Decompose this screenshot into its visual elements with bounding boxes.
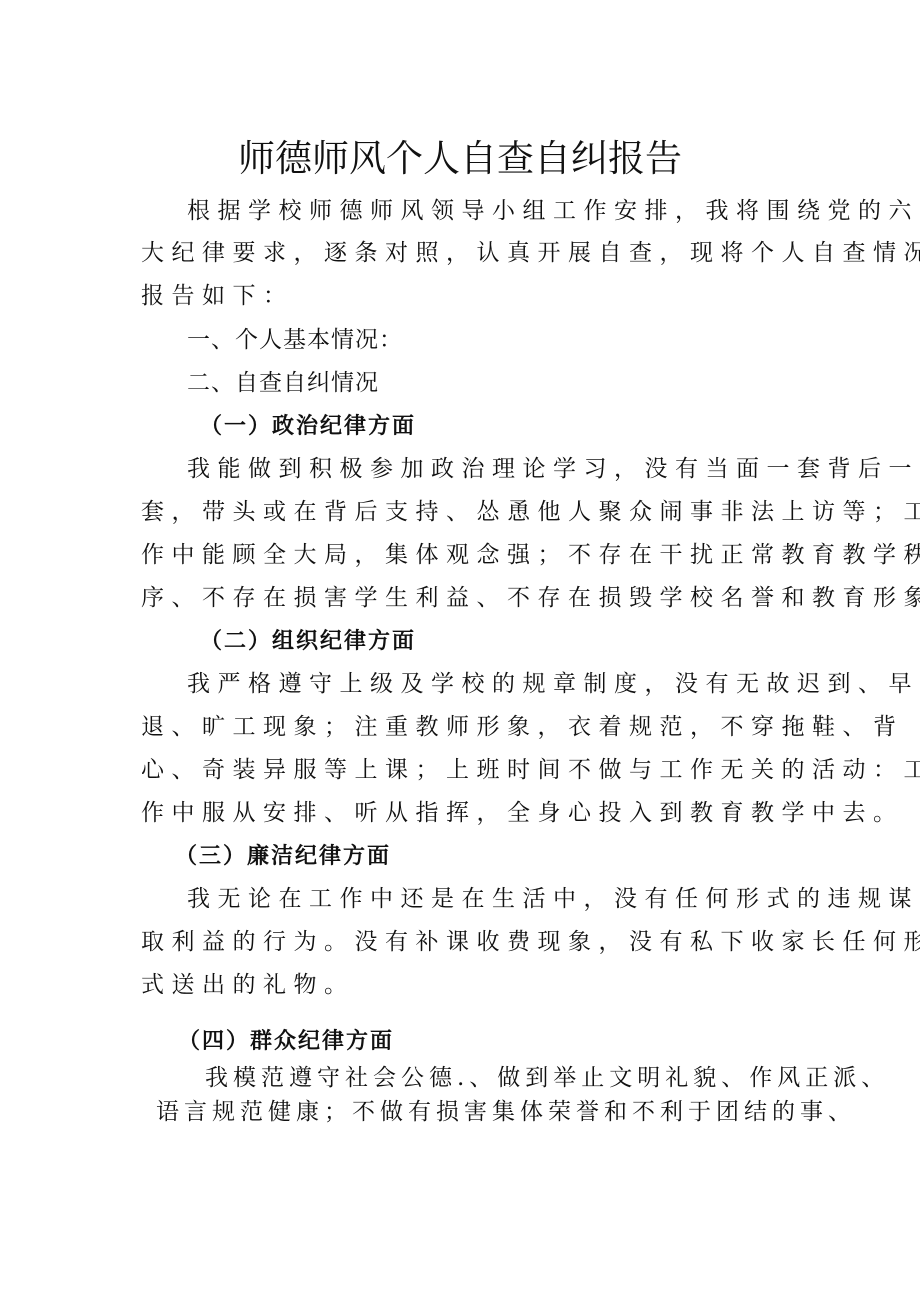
paragraph-line: 退、旷工现象；注重教师形象，衣着规范，不穿拖鞋、背: [141, 712, 904, 742]
intro-line-2: 大纪律要求，逐条对照，认真开展自查，现将个人自查情况: [141, 238, 920, 268]
paragraph-line: 作中服从安排、听从指挥，全身心投入到教育教学中去。: [141, 798, 904, 828]
section-heading-basic-info: 一、个人基本情况：: [187, 325, 403, 355]
document-title: 师德师风个人自查自纠报告: [0, 128, 920, 182]
paragraph-line: 取利益的行为。没有补课收费现象，没有私下收家长任何形: [141, 927, 920, 957]
intro-line-1: 根据学校师德师风领导小组工作安排，我将围绕党的六: [187, 196, 919, 226]
paragraph-line: 序、不存在损害学生利益、不存在损毁学校名誉和教育形象。: [141, 583, 920, 613]
paragraph-line: 作中能顾全大局，集体观念强；不存在干扰正常教育教学秩: [141, 540, 920, 570]
paragraph-line: 我严格遵守上级及学校的规章制度，没有无故迟到、早: [187, 669, 919, 699]
intro-line-3: 报告如下：: [141, 281, 294, 311]
subsection-heading-political: （一）政治纪律方面: [200, 411, 416, 441]
paragraph-line: 式送出的礼物。: [141, 970, 355, 1000]
paragraph-line: 我能做到积极参加政治理论学习，没有当面一套背后一: [187, 454, 919, 484]
subsection-heading-integrity: （三）廉洁纪律方面: [175, 841, 391, 871]
paragraph-line: 我无论在工作中还是在生活中，没有任何形式的违规谋: [187, 884, 919, 914]
paragraph-line: 心、奇装异服等上课；上班时间不做与工作无关的活动：工: [141, 755, 920, 785]
paragraph-line: 我模范遵守社会公德.、做到举止文明礼貌、作风正派、: [205, 1063, 889, 1093]
section-heading-self-check: 二、自查自纠情况: [187, 368, 379, 398]
subsection-heading-mass: （四）群众纪律方面: [178, 1026, 394, 1056]
subsection-heading-organizational: （二）组织纪律方面: [200, 626, 416, 656]
document-page: 师德师风个人自查自纠报告 根据学校师德师风领导小组工作安排，我将围绕党的六 大纪…: [0, 0, 920, 1301]
paragraph-line: 语言规范健康；不做有损害集体荣誉和不利于团结的事、: [156, 1097, 856, 1127]
paragraph-line: 套，带头或在背后支持、怂恿他人聚众闹事非法上访等；工: [141, 497, 920, 527]
